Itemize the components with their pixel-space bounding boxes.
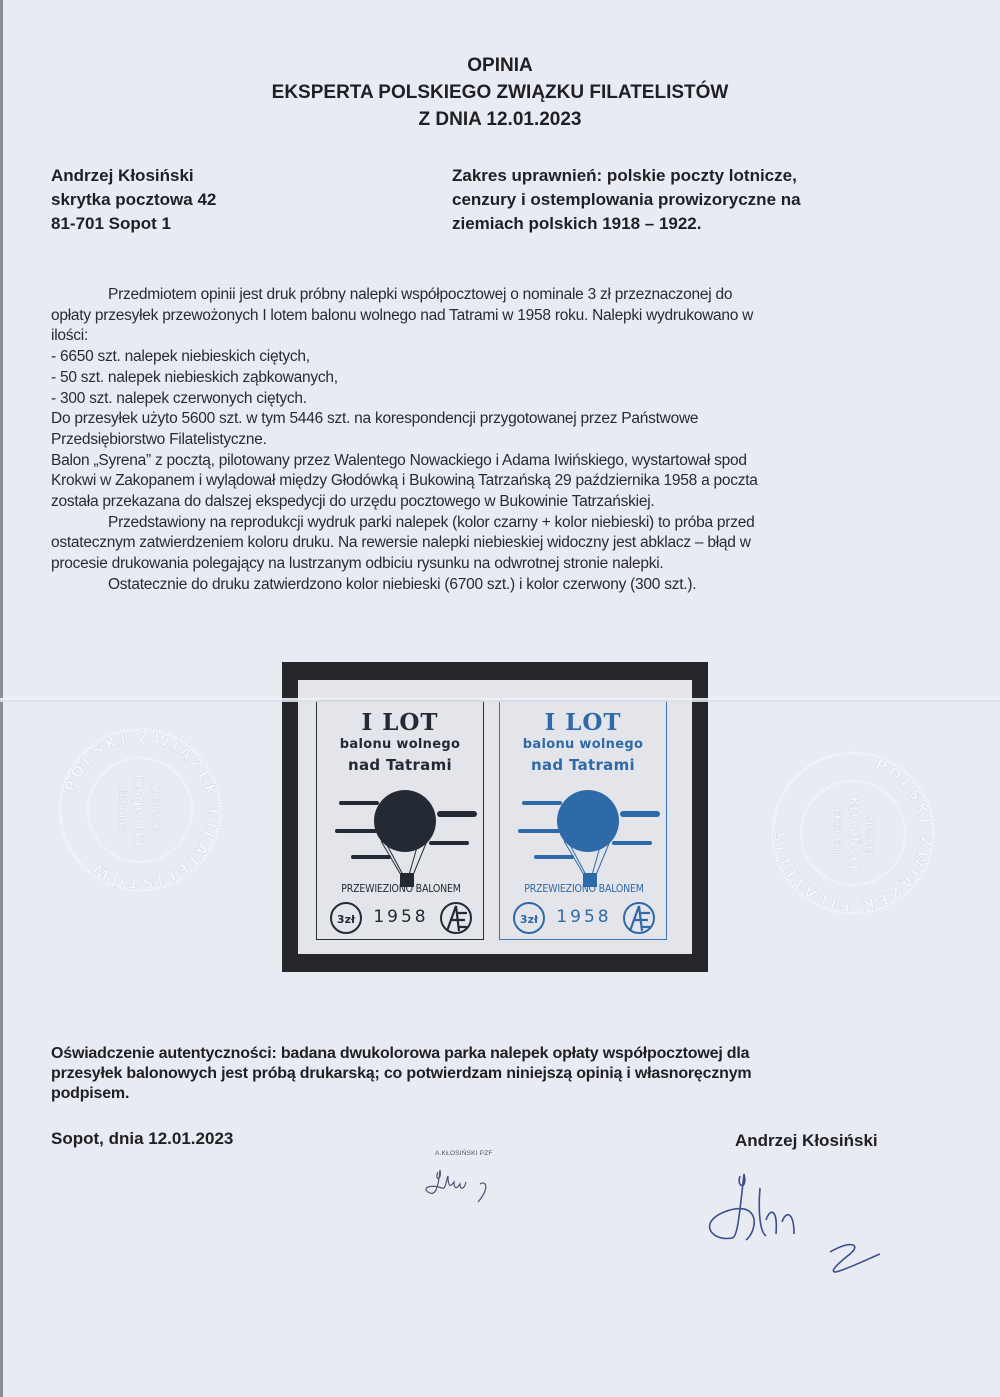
body-line: ostatecznym zatwierdzeniem koloru druku.… (51, 533, 951, 554)
list-item: - 300 szt. nalepek czerwonych ciętych. (51, 389, 951, 410)
embossed-seal-left: POLSKI ZWIĄZEK FILATELISTÓW ANDRZEJ KŁOS… (55, 725, 225, 895)
expert-scope: Zakres uprawnień: polskie poczty lotnicz… (452, 164, 922, 236)
stamp-year: 1958 (369, 907, 433, 927)
body-line: Przedstawiony na reprodukcji wydruk park… (51, 513, 951, 534)
stamp-caption: PRZEWIEZIONO BALONEM (500, 883, 668, 895)
stamp-title: I LOT (317, 711, 483, 735)
body-line: procesie drukowania polegający na lustrz… (51, 554, 951, 575)
title-line-1: OPINIA (0, 52, 1000, 79)
signer-name: Andrzej Kłosiński (735, 1131, 878, 1151)
paper-fold-line (0, 698, 1000, 702)
title-line-2: EKSPERTA POLSKIEGO ZWIĄZKU FILATELISTÓW (0, 79, 1000, 106)
body-line: Przedmiotem opinii jest druk próbny nale… (51, 285, 951, 306)
stamp-line-3: nad Tatrami (500, 755, 666, 775)
value-3zl-icon: 3zł (329, 901, 363, 935)
declaration-line-3: podpisem. (51, 1084, 931, 1104)
small-expert-mark: A.KŁOSIŃSKI PZF (435, 1150, 493, 1157)
declaration-line-1: Oświadczenie autentyczności: badana dwuk… (51, 1044, 931, 1064)
body-line: Balon „Syrena” z pocztą, pilotowany prze… (51, 451, 951, 472)
stamp-year: 1958 (552, 907, 616, 927)
stamp-caption: PRZEWIEZIONO BALONEM (317, 883, 485, 895)
authenticity-declaration: Oświadczenie autentyczności: badana dwuk… (51, 1044, 931, 1104)
expert-name: Andrzej Kłosiński (51, 164, 216, 188)
scope-line-2: cenzury i ostemplowania prowizoryczne na (452, 188, 922, 212)
seal-inner-line-2: KŁOSIŃSKI (847, 797, 862, 869)
stamp-line-2: balonu wolnego (500, 735, 666, 755)
body-line: Krokwi w Zakopanem i wylądował między Gł… (51, 471, 951, 492)
body-line: Do przesyłek użyto 5600 szt. w tym 5446 … (51, 409, 951, 430)
address-line-2: 81-701 Sopot 1 (51, 212, 216, 236)
expert-address: Andrzej Kłosiński skrytka pocztowa 42 81… (51, 164, 216, 236)
place-and-date: Sopot, dnia 12.01.2023 (51, 1129, 233, 1149)
opinion-body: Przedmiotem opinii jest druk próbny nale… (51, 285, 951, 596)
scope-line-3: ziemiach polskich 1918 – 1922. (452, 212, 922, 236)
body-line: ilości: (51, 326, 951, 347)
body-line: Ostatecznie do druku zatwierdzono kolor … (51, 575, 951, 596)
body-line: opłaty przesyłek przewożonych I lotem ba… (51, 306, 951, 327)
balloon-icon (317, 789, 485, 889)
seal-inner-line-2: KŁOSIŃSKI (131, 774, 146, 846)
seal-inner-line-3: EKSPERT (151, 785, 162, 835)
declaration-line-2: przesyłek balonowych jest próbą drukarsk… (51, 1064, 931, 1084)
value-3zl-icon: 3zł (512, 901, 546, 935)
stamp-line-2: balonu wolnego (317, 735, 483, 755)
svg-text:3zł: 3zł (337, 913, 356, 926)
list-item: - 6650 szt. nalepek niebieskich ciętych, (51, 347, 951, 368)
handwritten-signature (700, 1168, 910, 1278)
body-line: została przekazana do dalszej ekspedycji… (51, 492, 951, 513)
small-signature (420, 1162, 510, 1212)
svg-text:3zł: 3zł (520, 913, 539, 926)
ae-logo-icon (439, 901, 473, 935)
seal-inner-line-3: EKSPERT (831, 808, 842, 858)
embossed-seal-right: POLSKI ZWIĄZEK FILATELISTÓW ANDRZEJ KŁOS… (768, 748, 938, 918)
stamp-black-proof: I LOT balonu wolnego nad Tatrami PRZEWIE… (316, 700, 484, 940)
scope-line-1: Zakres uprawnień: polskie poczty lotnicz… (452, 164, 922, 188)
stamp-line-3: nad Tatrami (317, 755, 483, 775)
stamp-blue-proof: I LOT balonu wolnego nad Tatrami PRZEWIE… (499, 700, 667, 940)
stamp-pair-photo: I LOT balonu wolnego nad Tatrami PRZEWIE… (282, 662, 708, 972)
body-line: Przedsiębiorstwo Filatelistyczne. (51, 430, 951, 451)
address-line-1: skrytka pocztowa 42 (51, 188, 216, 212)
stamp-title: I LOT (500, 711, 666, 735)
seal-inner-line-1: ANDRZEJ (864, 811, 874, 856)
list-item: - 50 szt. nalepek niebieskich ząbkowanyc… (51, 368, 951, 389)
document-title: OPINIA EKSPERTA POLSKIEGO ZWIĄZKU FILATE… (0, 52, 1000, 133)
balloon-icon (500, 789, 668, 889)
seal-inner-line-1: ANDRZEJ (119, 788, 129, 833)
title-line-3: Z DNIA 12.01.2023 (0, 106, 1000, 133)
ae-logo-icon (622, 901, 656, 935)
stamp-pair-sheet: I LOT balonu wolnego nad Tatrami PRZEWIE… (298, 680, 692, 954)
